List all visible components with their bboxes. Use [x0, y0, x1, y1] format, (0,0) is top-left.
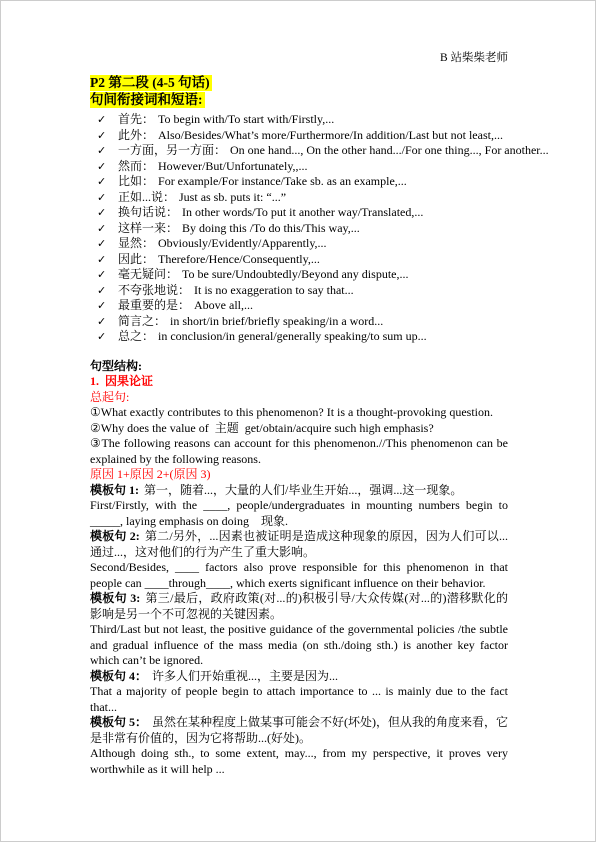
connector-item: ✓显然：Obviously/Evidently/Apparently,... — [90, 236, 508, 252]
template-sentence-en: Third/Last but not least, the positive g… — [90, 622, 508, 669]
template-sentence-zh-text: 第三/最后，政府政策(对...的)积极引导/大众传媒(对...的)潜移默化的影响… — [90, 591, 508, 621]
check-icon: ✓ — [97, 236, 106, 252]
opening-sentence: ②Why does the value of 主题 get/obtain/acq… — [90, 421, 508, 437]
connector-phrases: It is no exaggeration to say that... — [194, 283, 354, 297]
template-sentence-en: Although doing sth., to some extent, may… — [90, 746, 508, 777]
template-sentence: 模板句 2:第二/另外，...因素也被证明是造成这种现象的原因，因为人们可以..… — [90, 529, 508, 591]
check-icon: ✓ — [97, 112, 106, 128]
template-sentence-label: 模板句 1: — [90, 483, 139, 497]
connector-label: 换句话说： — [118, 205, 178, 219]
template-sentence-label: 模板句 2: — [90, 529, 140, 543]
template-sentence-en: That a majority of people begin to attac… — [90, 684, 508, 715]
connector-list: ✓首先：To begin with/To start with/Firstly,… — [90, 112, 508, 345]
check-icon: ✓ — [97, 143, 106, 159]
template-sentences: 模板句 1:第一，随着...，大量的人们/毕业生开始...，强调...这一现象。… — [90, 483, 508, 778]
connector-phrases: By doing this /To do this/This way,... — [182, 221, 360, 235]
connector-item: ✓毫无疑问：To be sure/Undoubtedly/Beyond any … — [90, 267, 508, 283]
connector-item: ✓因此：Therefore/Hence/Consequently,... — [90, 252, 508, 268]
template-sentence-label: 模板句 3: — [90, 591, 140, 605]
connector-item: ✓简言之：in short/in brief/briefly speaking/… — [90, 314, 508, 330]
check-icon: ✓ — [97, 159, 106, 175]
template-sentence-zh-text: 虽然在某种程度上做某事可能会不好(坏处)，但从我的角度来看，它是非常有价值的，因… — [90, 715, 508, 745]
connector-item: ✓最重要的是：Above all,... — [90, 298, 508, 314]
connector-label: 然而： — [118, 159, 154, 173]
document-page: B 站柴柴老师 P2 第二段 (4-5 句话) 句间衔接词和短语: ✓首先：To… — [0, 0, 596, 842]
connector-label: 总之： — [118, 329, 154, 343]
opening-sentence: ③The following reasons can account for t… — [90, 436, 508, 467]
connector-label: 因此： — [118, 252, 154, 266]
opening-sentence: ①What exactly contributes to this phenom… — [90, 405, 508, 421]
connector-phrases: Therefore/Hence/Consequently,... — [158, 252, 320, 266]
connector-item: ✓总之：in conclusion/in general/generally s… — [90, 329, 508, 345]
template-sentence-label: 模板句 4： — [90, 669, 147, 683]
connector-item: ✓正如...说：Just as sb. puts it: “...” — [90, 190, 508, 206]
page-title: P2 第二段 (4-5 句话) — [90, 74, 508, 91]
connector-phrases: On one hand..., On the other hand.../For… — [230, 143, 549, 157]
template-sentence: 模板句 3:第三/最后，政府政策(对...的)积极引导/大众传媒(对...的)潜… — [90, 591, 508, 669]
connector-label: 正如...说： — [118, 190, 175, 204]
connector-phrases: Also/Besides/What’s more/Furthermore/In … — [158, 128, 503, 142]
connector-phrases: In other words/To put it another way/Tra… — [182, 205, 423, 219]
connector-label: 简言之： — [118, 314, 166, 328]
template-sentence-zh-text: 第二/另外，...因素也被证明是造成这种现象的原因，因为人们可以...通过...… — [90, 529, 508, 559]
connector-item: ✓换句话说：In other words/To put it another w… — [90, 205, 508, 221]
title-block: P2 第二段 (4-5 句话) 句间衔接词和短语: — [90, 74, 508, 108]
reasons-label: 原因 1+原因 2+(原因 3) — [90, 467, 508, 483]
connector-item: ✓首先：To begin with/To start with/Firstly,… — [90, 112, 508, 128]
section-subtitle: 句间衔接词和短语: — [90, 91, 508, 108]
check-icon: ✓ — [97, 314, 106, 330]
connector-phrases: To be sure/Undoubtedly/Beyond any disput… — [182, 267, 408, 281]
connector-phrases: For example/For instance/Take sb. as an … — [158, 174, 407, 188]
connector-label: 一方面，另一方面： — [118, 143, 226, 157]
page-title-text: P2 第二段 (4-5 句话) — [90, 75, 212, 91]
connector-item: ✓然而：However/But/Unfortunately,,... — [90, 159, 508, 175]
connector-phrases: Above all,... — [194, 298, 253, 312]
template-sentence-zh-text: 第一，随着...，大量的人们/毕业生开始...，强调...这一现象。 — [144, 483, 462, 497]
template-sentence: 模板句 5：虽然在某种程度上做某事可能会不好(坏处)，但从我的角度来看，它是非常… — [90, 715, 508, 777]
blank-line — [90, 345, 508, 359]
opening-sentence-label: 总起句: — [90, 390, 508, 406]
check-icon: ✓ — [97, 205, 106, 221]
template-sentence-zh-text: 许多人们开始重视...，主要是因为... — [152, 669, 338, 683]
template-sentence: 模板句 1:第一，随着...，大量的人们/毕业生开始...，强调...这一现象。… — [90, 483, 508, 530]
check-icon: ✓ — [97, 267, 106, 283]
check-icon: ✓ — [97, 298, 106, 314]
author-credit: B 站柴柴老师 — [90, 51, 508, 65]
connector-phrases: To begin with/To start with/Firstly,... — [158, 112, 334, 126]
check-icon: ✓ — [97, 329, 106, 345]
template-sentence-zh: 模板句 3:第三/最后，政府政策(对...的)积极引导/大众传媒(对...的)潜… — [90, 591, 508, 622]
connector-label: 此外： — [118, 128, 154, 142]
connector-item: ✓不夸张地说：It is no exaggeration to say that… — [90, 283, 508, 299]
template-sentence: 模板句 4：许多人们开始重视...，主要是因为... That a majori… — [90, 669, 508, 716]
connector-item: ✓比如：For example/For instance/Take sb. as… — [90, 174, 508, 190]
template-sentence-zh: 模板句 2:第二/另外，...因素也被证明是造成这种现象的原因，因为人们可以..… — [90, 529, 508, 560]
connector-item: ✓这样一来：By doing this /To do this/This way… — [90, 221, 508, 237]
connector-label: 最重要的是： — [118, 298, 190, 312]
check-icon: ✓ — [97, 283, 106, 299]
connector-phrases: in short/in brief/briefly speaking/in a … — [170, 314, 383, 328]
template-sentence-en: Second/Besides, ____ factors also prove … — [90, 560, 508, 591]
connector-phrases: Just as sb. puts it: “...” — [179, 190, 286, 204]
template-sentence-en: First/Firstly, with the ____, people/und… — [90, 498, 508, 529]
connector-label: 不夸张地说： — [118, 283, 190, 297]
section-subtitle-text: 句间衔接词和短语: — [90, 92, 205, 108]
check-icon: ✓ — [97, 174, 106, 190]
connector-phrases: in conclusion/in general/generally speak… — [158, 329, 427, 343]
connector-phrases: However/But/Unfortunately,,... — [158, 159, 308, 173]
connector-item: ✓此外：Also/Besides/What’s more/Furthermore… — [90, 128, 508, 144]
connector-label: 显然： — [118, 236, 154, 250]
check-icon: ✓ — [97, 252, 106, 268]
check-icon: ✓ — [97, 221, 106, 237]
template-sentence-zh: 模板句 1:第一，随着...，大量的人们/毕业生开始...，强调...这一现象。 — [90, 483, 508, 499]
connector-item: ✓一方面，另一方面：On one hand..., On the other h… — [90, 143, 508, 159]
connector-label: 这样一来： — [118, 221, 178, 235]
structure-heading: 句型结构: — [90, 359, 508, 375]
check-icon: ✓ — [97, 128, 106, 144]
template-sentence-label: 模板句 5： — [90, 715, 147, 729]
connector-label: 首先： — [118, 112, 154, 126]
pattern1-heading: 1. 因果论证 — [90, 374, 508, 390]
connector-phrases: Obviously/Evidently/Apparently,... — [158, 236, 327, 250]
connector-label: 毫无疑问： — [118, 267, 178, 281]
check-icon: ✓ — [97, 190, 106, 206]
template-sentence-zh: 模板句 5：虽然在某种程度上做某事可能会不好(坏处)，但从我的角度来看，它是非常… — [90, 715, 508, 746]
opening-sentences: ①What exactly contributes to this phenom… — [90, 405, 508, 467]
connector-label: 比如： — [118, 174, 154, 188]
template-sentence-zh: 模板句 4：许多人们开始重视...，主要是因为... — [90, 669, 508, 685]
